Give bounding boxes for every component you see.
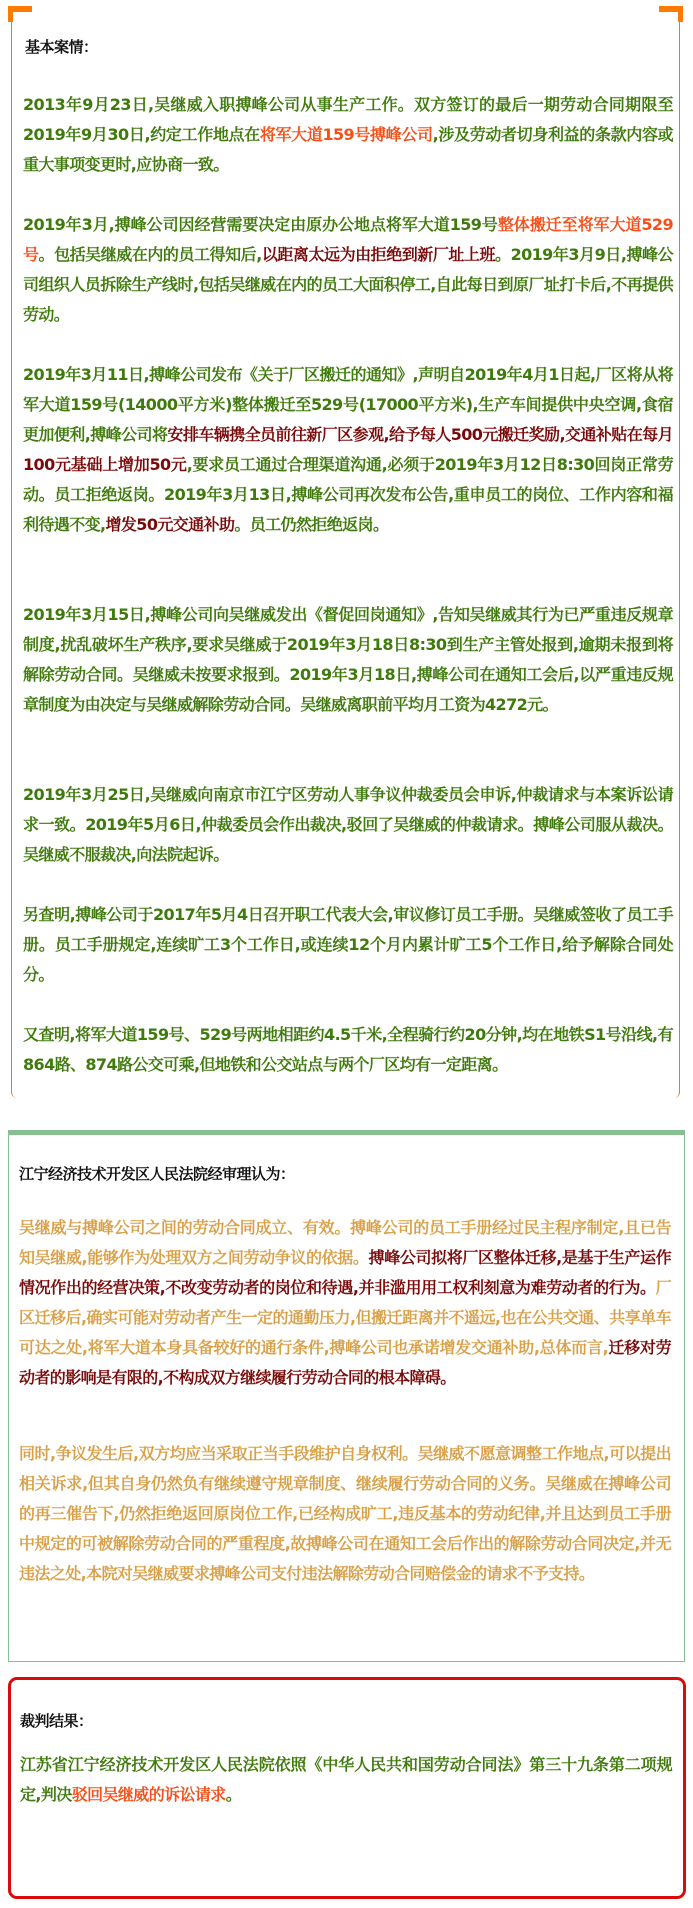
highlight-claim-dismissed: 驳回吴继威的诉讼请求 bbox=[72, 1785, 226, 1804]
case-facts-paragraph-4: 2019年3月15日,搏峰公司向吴继威发出《督促回岗通知》,告知吴继威其行为已严… bbox=[23, 600, 673, 720]
case-facts-box: 基本案情： 2013年9月23日,吴继威入职搏峰公司从事生产工作。双方签订的最后… bbox=[11, 8, 680, 1098]
court-opinion-box: 江宁经济技术开发区人民法院经审理认为： 吴继威与搏峰公司之间的劳动合同成立、有效… bbox=[8, 1130, 685, 1662]
corner-bracket-top-left bbox=[8, 6, 32, 12]
case-facts-paragraph-5: 2019年3月25日,吴继威向南京市江宁区劳动人事争议仲裁委员会申诉,仲裁请求与… bbox=[23, 780, 673, 870]
court-opinion-paragraph-1: 吴继威与搏峰公司之间的劳动合同成立、有效。搏峰公司的员工手册经过民主程序制定,且… bbox=[19, 1213, 671, 1393]
highlight-refusal-reason: 以距离太远为由拒绝到新厂址上班 bbox=[262, 245, 495, 264]
case-facts-paragraph-3: 2019年3月11日,搏峰公司发布《关于厂区搬迁的通知》,声明自2019年4月1… bbox=[23, 360, 673, 540]
court-opinion-heading: 江宁经济技术开发区人民法院经审理认为： bbox=[19, 1163, 295, 1184]
case-facts-paragraph-1: 2013年9月23日,吴继威入职搏峰公司从事生产工作。双方签订的最后一期劳动合同… bbox=[23, 90, 673, 180]
judgment-box: 裁判结果： 江苏省江宁经济技术开发区人民法院依照《中华人民共和国劳动合同法》第三… bbox=[8, 1677, 686, 1899]
case-facts-paragraph-6: 另查明,搏峰公司于2017年5月4日召开职工代表大会,审议修订员工手册。吴继威签… bbox=[23, 900, 673, 990]
highlight-extra-subsidy: 增发50元交通补助 bbox=[105, 515, 234, 534]
case-facts-heading: 基本案情： bbox=[25, 36, 98, 57]
judgment-heading: 裁判结果： bbox=[20, 1710, 93, 1731]
judgment-paragraph: 江苏省江宁经济技术开发区人民法院依照《中华人民共和国劳动合同法》第三十九条第二项… bbox=[20, 1750, 672, 1810]
highlight-original-location: 将军大道159号搏峰公司 bbox=[260, 125, 433, 144]
case-facts-paragraph-7: 又查明,将军大道159号、529号两地相距约4.5千米,全程骑行约20分钟,均在… bbox=[23, 1020, 673, 1080]
corner-bracket-top-right bbox=[659, 6, 683, 12]
court-opinion-paragraph-2: 同时,争议发生后,双方均应当采取正当手段维护自身权利。吴继威不愿意调整工作地点,… bbox=[19, 1439, 671, 1589]
case-facts-paragraph-2: 2019年3月,搏峰公司因经营需要决定由原办公地点将军大道159号整体搬迁至将军… bbox=[23, 210, 673, 330]
